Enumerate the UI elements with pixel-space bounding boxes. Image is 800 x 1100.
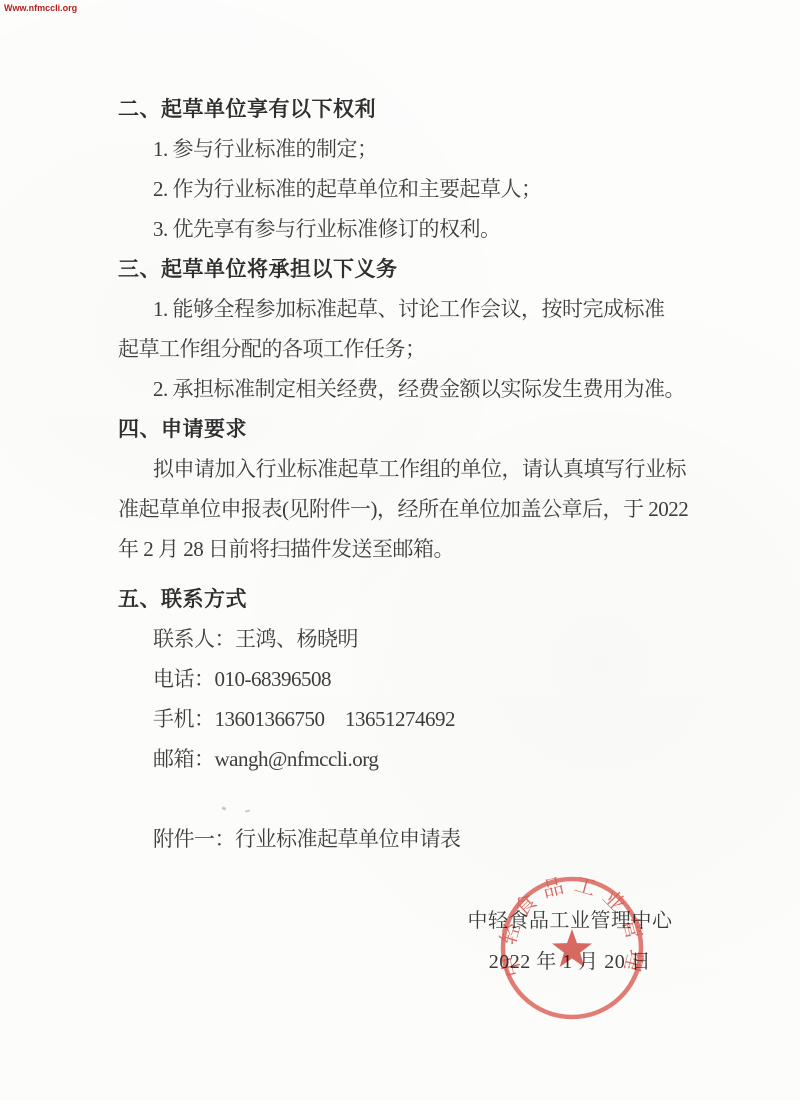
section-heading: 五、联系方式 xyxy=(118,578,693,618)
text-line: 准起草单位申报表(见附件一)，经所在单位加盖公章后，于 2022 xyxy=(118,488,693,528)
section-heading: 四、申请要求 xyxy=(118,408,693,448)
section-heading: 三、起草单位将承担以下义务 xyxy=(118,248,693,288)
text-line: 1. 能够全程参加标准起草、讨论工作会议，按时完成标准 xyxy=(118,288,693,328)
text-line: 联系人：王鸿、杨晓明 xyxy=(118,618,693,658)
text-line: 年 2 月 28 日前将扫描件发送至邮箱。 xyxy=(118,528,693,568)
section-heading: 二、起草单位享有以下权利 xyxy=(118,88,693,128)
signature-date: 2022 年 1 月 20 日 xyxy=(415,949,725,975)
text-line: 3. 优先享有参与行业标准修订的权利。 xyxy=(118,208,693,248)
text-line: 手机：13601366750 13651274692 xyxy=(118,698,693,738)
text-line: 拟申请加入行业标准起草工作组的单位，请认真填写行业标 xyxy=(118,448,693,488)
text-line: 2. 作为行业标准的起草单位和主要起草人； xyxy=(118,168,693,208)
text-line: 2. 承担标准制定相关经费，经费金额以实际发生费用为准。 xyxy=(118,368,693,408)
signature-org-name: 中轻食品工业管理中心 xyxy=(415,908,725,934)
text-line xyxy=(118,778,693,818)
signature-block: 中轻食品工业管理中心 2022 年 1 月 20 日 xyxy=(415,908,725,975)
text-line: 邮箱：wangh@nfmccli.org xyxy=(118,738,693,778)
document-body: 二、起草单位享有以下权利1. 参与行业标准的制定；2. 作为行业标准的起草单位和… xyxy=(118,88,693,858)
text-line: 电话：010-68396508 xyxy=(118,658,693,698)
text-line: 附件一：行业标准起草单位申请表 xyxy=(118,818,693,858)
watermark-url: Www.nfmccli.org xyxy=(4,3,77,13)
text-line: 1. 参与行业标准的制定； xyxy=(118,128,693,168)
text-line: 起草工作组分配的各项工作任务； xyxy=(118,328,693,368)
